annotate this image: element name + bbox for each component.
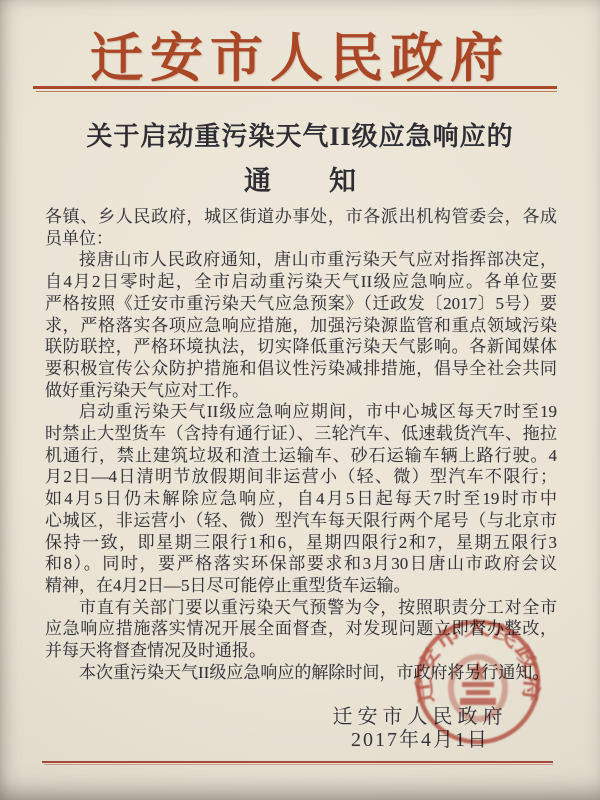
body-line: 员单位： [45,228,557,250]
notice-word-left: 通 [244,159,271,198]
body-line: 时禁止大型货车（含持有通行证）、三轮汽车、低速载货汽车、拖拉 [45,423,557,445]
official-seal: 迁安市人民政府 [413,617,543,747]
letterhead-rule-echo [36,91,557,92]
body-line: 接唐山市人民政府通知，唐山市重污染天气应对指挥部决定， [45,249,557,271]
agency-letterhead: 迁安市人民政府 [0,16,600,92]
body-line: 求，严格落实各项应急响应措施，加强污染源监管和重点领域污染 [45,315,557,337]
notice-heading: 通 知 [0,159,600,198]
body-line: 自4月2日零时起，全市启动重污染天气II级应急响应。各单位要 [45,271,557,293]
seal-emblem [451,657,505,719]
body-line: 和8）。同时，要严格落实环保部要求和3月30日唐山市政府会议 [45,553,557,575]
letterhead-rule [33,86,557,89]
body-line: 启动重污染天气II级应急响应期间，市中心城区每天7时至19 [45,401,557,423]
body-line: 做好重污染天气应对工作。 [45,380,557,402]
body-line: 心城区，非运营小（轻、微）型汽车每天限行两个尾号（与北京市 [45,510,557,532]
footer-rule [42,761,553,763]
body-line: 联防联控，严格环境执法，切实降低重污染天气影响。各新闻媒体 [45,336,557,358]
body-line: 月2日—4日清明节放假期间非运营小（轻、微）型汽车不限行； [45,466,557,488]
footer-rule-echo [44,764,553,765]
body-line: 市直有关部门要以重污染天气预警为令，按照职责分工对全市 [45,597,557,619]
body-line: 精神，在4月2日—5日尽可能停止重型货车运输。 [45,575,557,597]
body-line: 机通行，禁止建筑垃圾和渣土运输车、砂石运输车辆上路行驶。4 [45,445,557,467]
body-line: 保持一致，即星期三限行1和6，星期四限行2和7，星期五限行3 [45,532,557,554]
document-photo: 迁安市人民政府 关于启动重污染天气II级应急响应的 通 知 各镇、乡人民政府，城… [0,0,600,800]
body-line: 严格按照《迁安市重污染天气应急预案》（迁政发〔2017〕5号）要 [45,293,557,315]
document-body: 各镇、乡人民政府，城区街道办事处，市各派出机构管委会，各成 员单位： 接唐山市人… [45,206,557,683]
body-line: 如4月5日仍未解除应急响应，自4月5日起每天7时至19时市中 [45,488,557,510]
document-title: 关于启动重污染天气II级应急响应的 [0,116,600,153]
notice-word-right: 知 [329,159,356,198]
body-line: 要积极宣传公众防护措施和倡议性污染减排措施，倡导全社会共同 [45,358,557,380]
body-line: 各镇、乡人民政府，城区街道办事处，市各派出机构管委会，各成 [45,206,557,228]
